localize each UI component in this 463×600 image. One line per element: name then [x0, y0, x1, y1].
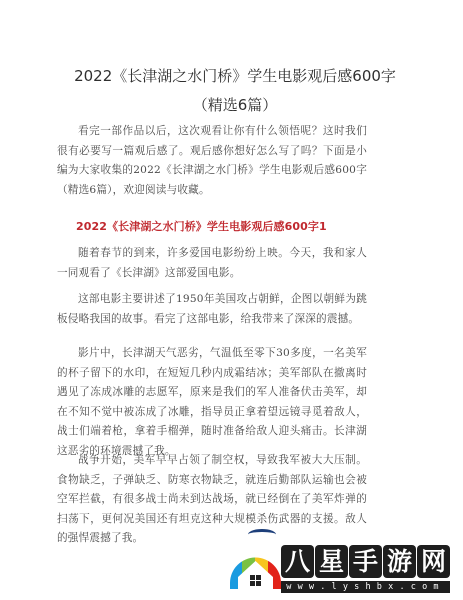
house-rainbow-logo-icon — [228, 537, 283, 595]
watermark-url: www.lyshbx.com — [281, 581, 450, 593]
watermark-brand-name: 八 星 手 游 网 — [281, 545, 450, 578]
watermark-char: 星 — [315, 545, 348, 578]
watermark-char: 八 — [281, 545, 314, 578]
watermark-char: 游 — [383, 545, 416, 578]
watermark-char: 手 — [349, 545, 382, 578]
body-paragraph-3: 影片中，长津湖天气恶劣，气温低至零下30多度，一名美军的杯子留下的水印，在短短几… — [57, 344, 367, 461]
body-paragraph-1: 随着春节的到来，许多爱国电影纷纷上映。今天，我和家人一同观看了《长津湖》这部爱国… — [57, 244, 367, 283]
section-heading: 2022《长津湖之水门桥》学生电影观后感600字1 — [76, 218, 327, 234]
intro-paragraph: 看完一部作品以后，这次观看让你有什么领悟呢？这时我们很有必要写一篇观后感了。观后… — [57, 122, 367, 200]
document-page: 2022《长津湖之水门桥》学生电影观后感600字（精选6篇） 看完一部作品以后，… — [0, 0, 463, 600]
watermark-char: 网 — [417, 545, 450, 578]
body-paragraph-2: 这部电影主要讲述了1950年美国攻占朝鲜，企图以朝鲜为跳板侵略我国的故事。看完了… — [57, 290, 367, 329]
document-title: 2022《长津湖之水门桥》学生电影观后感600字（精选6篇） — [60, 62, 410, 120]
site-watermark: 八 星 手 游 网 www.lyshbx.com — [228, 533, 458, 597]
